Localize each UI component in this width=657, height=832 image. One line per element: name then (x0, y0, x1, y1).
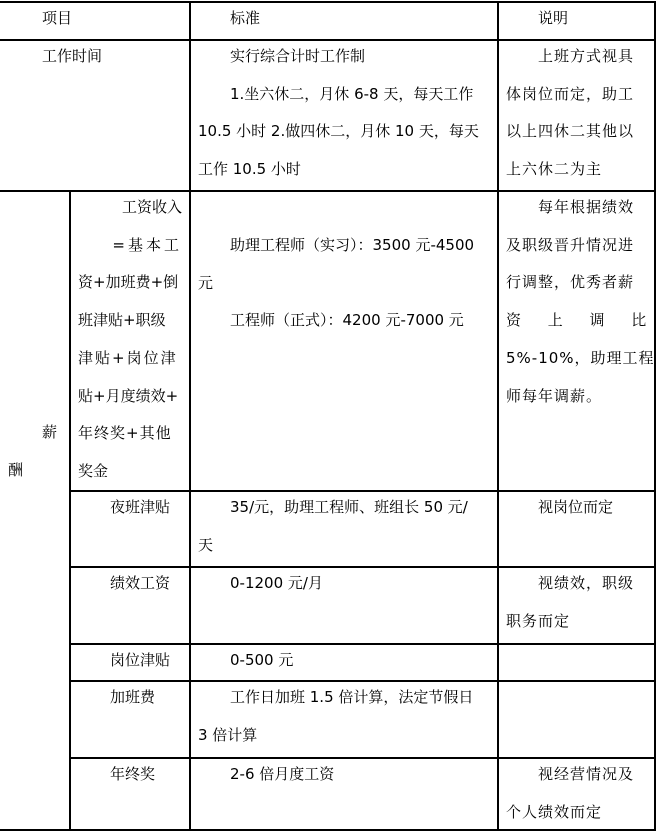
text-line: 以上四休二其他以 (506, 113, 634, 151)
text-line: 个人绩效而定 (506, 794, 634, 832)
text-line: 上班方式视具 (506, 38, 634, 76)
text-line: =基本工 (78, 227, 182, 265)
text-line: 0-1200 元/月 (230, 565, 323, 603)
text-line: 天 (198, 527, 468, 565)
text-line: 资 上 调 比 例 (506, 302, 657, 340)
text-line: 1.坐六休二，月休 6-8 天，每天工作 (198, 76, 479, 114)
night-shift-label: 夜班津贴 (110, 489, 170, 527)
row-label: 岗位津贴 (110, 642, 170, 680)
wage-income-label: 工资收入 =基本工 资+加班费+倒 班津贴+职级 津贴+岗位津 贴+月度绩效+ … (78, 189, 182, 491)
text-line: 0-500 元 (230, 642, 293, 680)
post-allowance-standard: 0-500 元 (230, 642, 293, 680)
table-border-right (654, 1, 656, 830)
work-time-label: 工作时间 (42, 38, 102, 76)
text-line: 2-6 倍月度工资 (230, 756, 334, 794)
row-label: 加班费 (110, 679, 155, 717)
performance-pay-note: 视绩效，职级 职务而定 (506, 565, 634, 640)
text-line: 工程师（正式）：4200 元-7000 元 (198, 302, 474, 340)
header-label: 项目 (42, 0, 72, 38)
text-line: 35/元，助理工程师、班组长 50 元/ (198, 489, 468, 527)
text-line: 资+加班费+倒 (78, 264, 182, 302)
col-divider-sub (69, 190, 71, 830)
group-label: 薪 (42, 414, 57, 452)
row-label: 工作时间 (42, 38, 102, 76)
work-time-note: 上班方式视具 体岗位而定，助工 以上四休二其他以 上六休二为主 (506, 38, 634, 189)
text-line: 班津贴+职级 (78, 302, 182, 340)
text-line: 上六休二为主 (506, 151, 634, 189)
text-line: 及职级晋升情况进 (506, 227, 657, 265)
header-label: 说明 (538, 0, 568, 38)
text-line: 助理工程师（实习）：3500 元-4500 (198, 227, 474, 265)
year-end-bonus-note: 视经营情况及 个人绩效而定 (506, 756, 634, 831)
header-note: 说明 (538, 0, 568, 38)
year-end-bonus-label: 年终奖 (110, 756, 155, 794)
night-shift-note: 视岗位而定 (538, 489, 613, 527)
text-line: 3 倍计算 (198, 717, 473, 755)
text-line: 师每年调薪。 (506, 378, 657, 416)
text-line: 视岗位而定 (538, 489, 613, 527)
text-line: 体岗位而定，助工 (506, 76, 634, 114)
night-shift-standard: 35/元，助理工程师、班组长 50 元/ 天 (198, 489, 468, 564)
text-line: 视绩效，职级 (506, 565, 634, 603)
text-line: 工作 10.5 小时 (198, 151, 479, 189)
text-line: 视经营情况及 (506, 756, 634, 794)
work-time-standard: 实行综合计时工作制 1.坐六休二，月休 6-8 天，每天工作 10.5 小时 2… (198, 38, 479, 189)
text-line: 年终奖+其他 (78, 415, 182, 453)
wage-income-standard: 助理工程师（实习）：3500 元-4500 元 工程师（正式）：4200 元-7… (198, 227, 474, 340)
wage-income-note: 每年根据绩效 及职级晋升情况进 行调整，优秀者薪 资 上 调 比 例 5%-10… (506, 189, 657, 415)
text-line: 奖金 (78, 453, 182, 491)
post-allowance-label: 岗位津贴 (110, 642, 170, 680)
year-end-bonus-standard: 2-6 倍月度工资 (230, 756, 334, 794)
text-line: 实行综合计时工作制 (198, 38, 479, 76)
text-line: 每年根据绩效 (506, 189, 657, 227)
performance-pay-label: 绩效工资 (110, 565, 170, 603)
text-line: 工作日加班 1.5 倍计算，法定节假日 (198, 679, 473, 717)
text-line: 行调整，优秀者薪 (506, 264, 657, 302)
overtime-standard: 工作日加班 1.5 倍计算，法定节假日 3 倍计算 (198, 679, 473, 754)
row-label: 年终奖 (110, 756, 155, 794)
text-line: 贴+月度绩效+ (78, 378, 182, 416)
text-line: 职务而定 (506, 603, 634, 641)
text-line: 10.5 小时 2.做四休二，月休 10 天，每天 (198, 113, 479, 151)
row-label: 夜班津贴 (110, 489, 170, 527)
text-line: 工资收入 (78, 189, 182, 227)
salary-group-label-bottom: 酬 (8, 452, 23, 490)
col-divider-standard (189, 1, 191, 830)
text-line: 元 (198, 265, 474, 303)
overtime-label: 加班费 (110, 679, 155, 717)
header-item: 项目 (42, 0, 72, 38)
row-label: 绩效工资 (110, 565, 170, 603)
header-standard: 标准 (230, 0, 260, 38)
header-label: 标准 (230, 0, 260, 38)
col-divider-note (497, 1, 499, 830)
text-line: 5%-10%，助理工程 (506, 340, 657, 378)
text-line: 津贴+岗位津 (78, 340, 182, 378)
group-label: 酬 (8, 452, 23, 490)
performance-pay-standard: 0-1200 元/月 (230, 565, 323, 603)
salary-group-label-top: 薪 (42, 414, 57, 452)
